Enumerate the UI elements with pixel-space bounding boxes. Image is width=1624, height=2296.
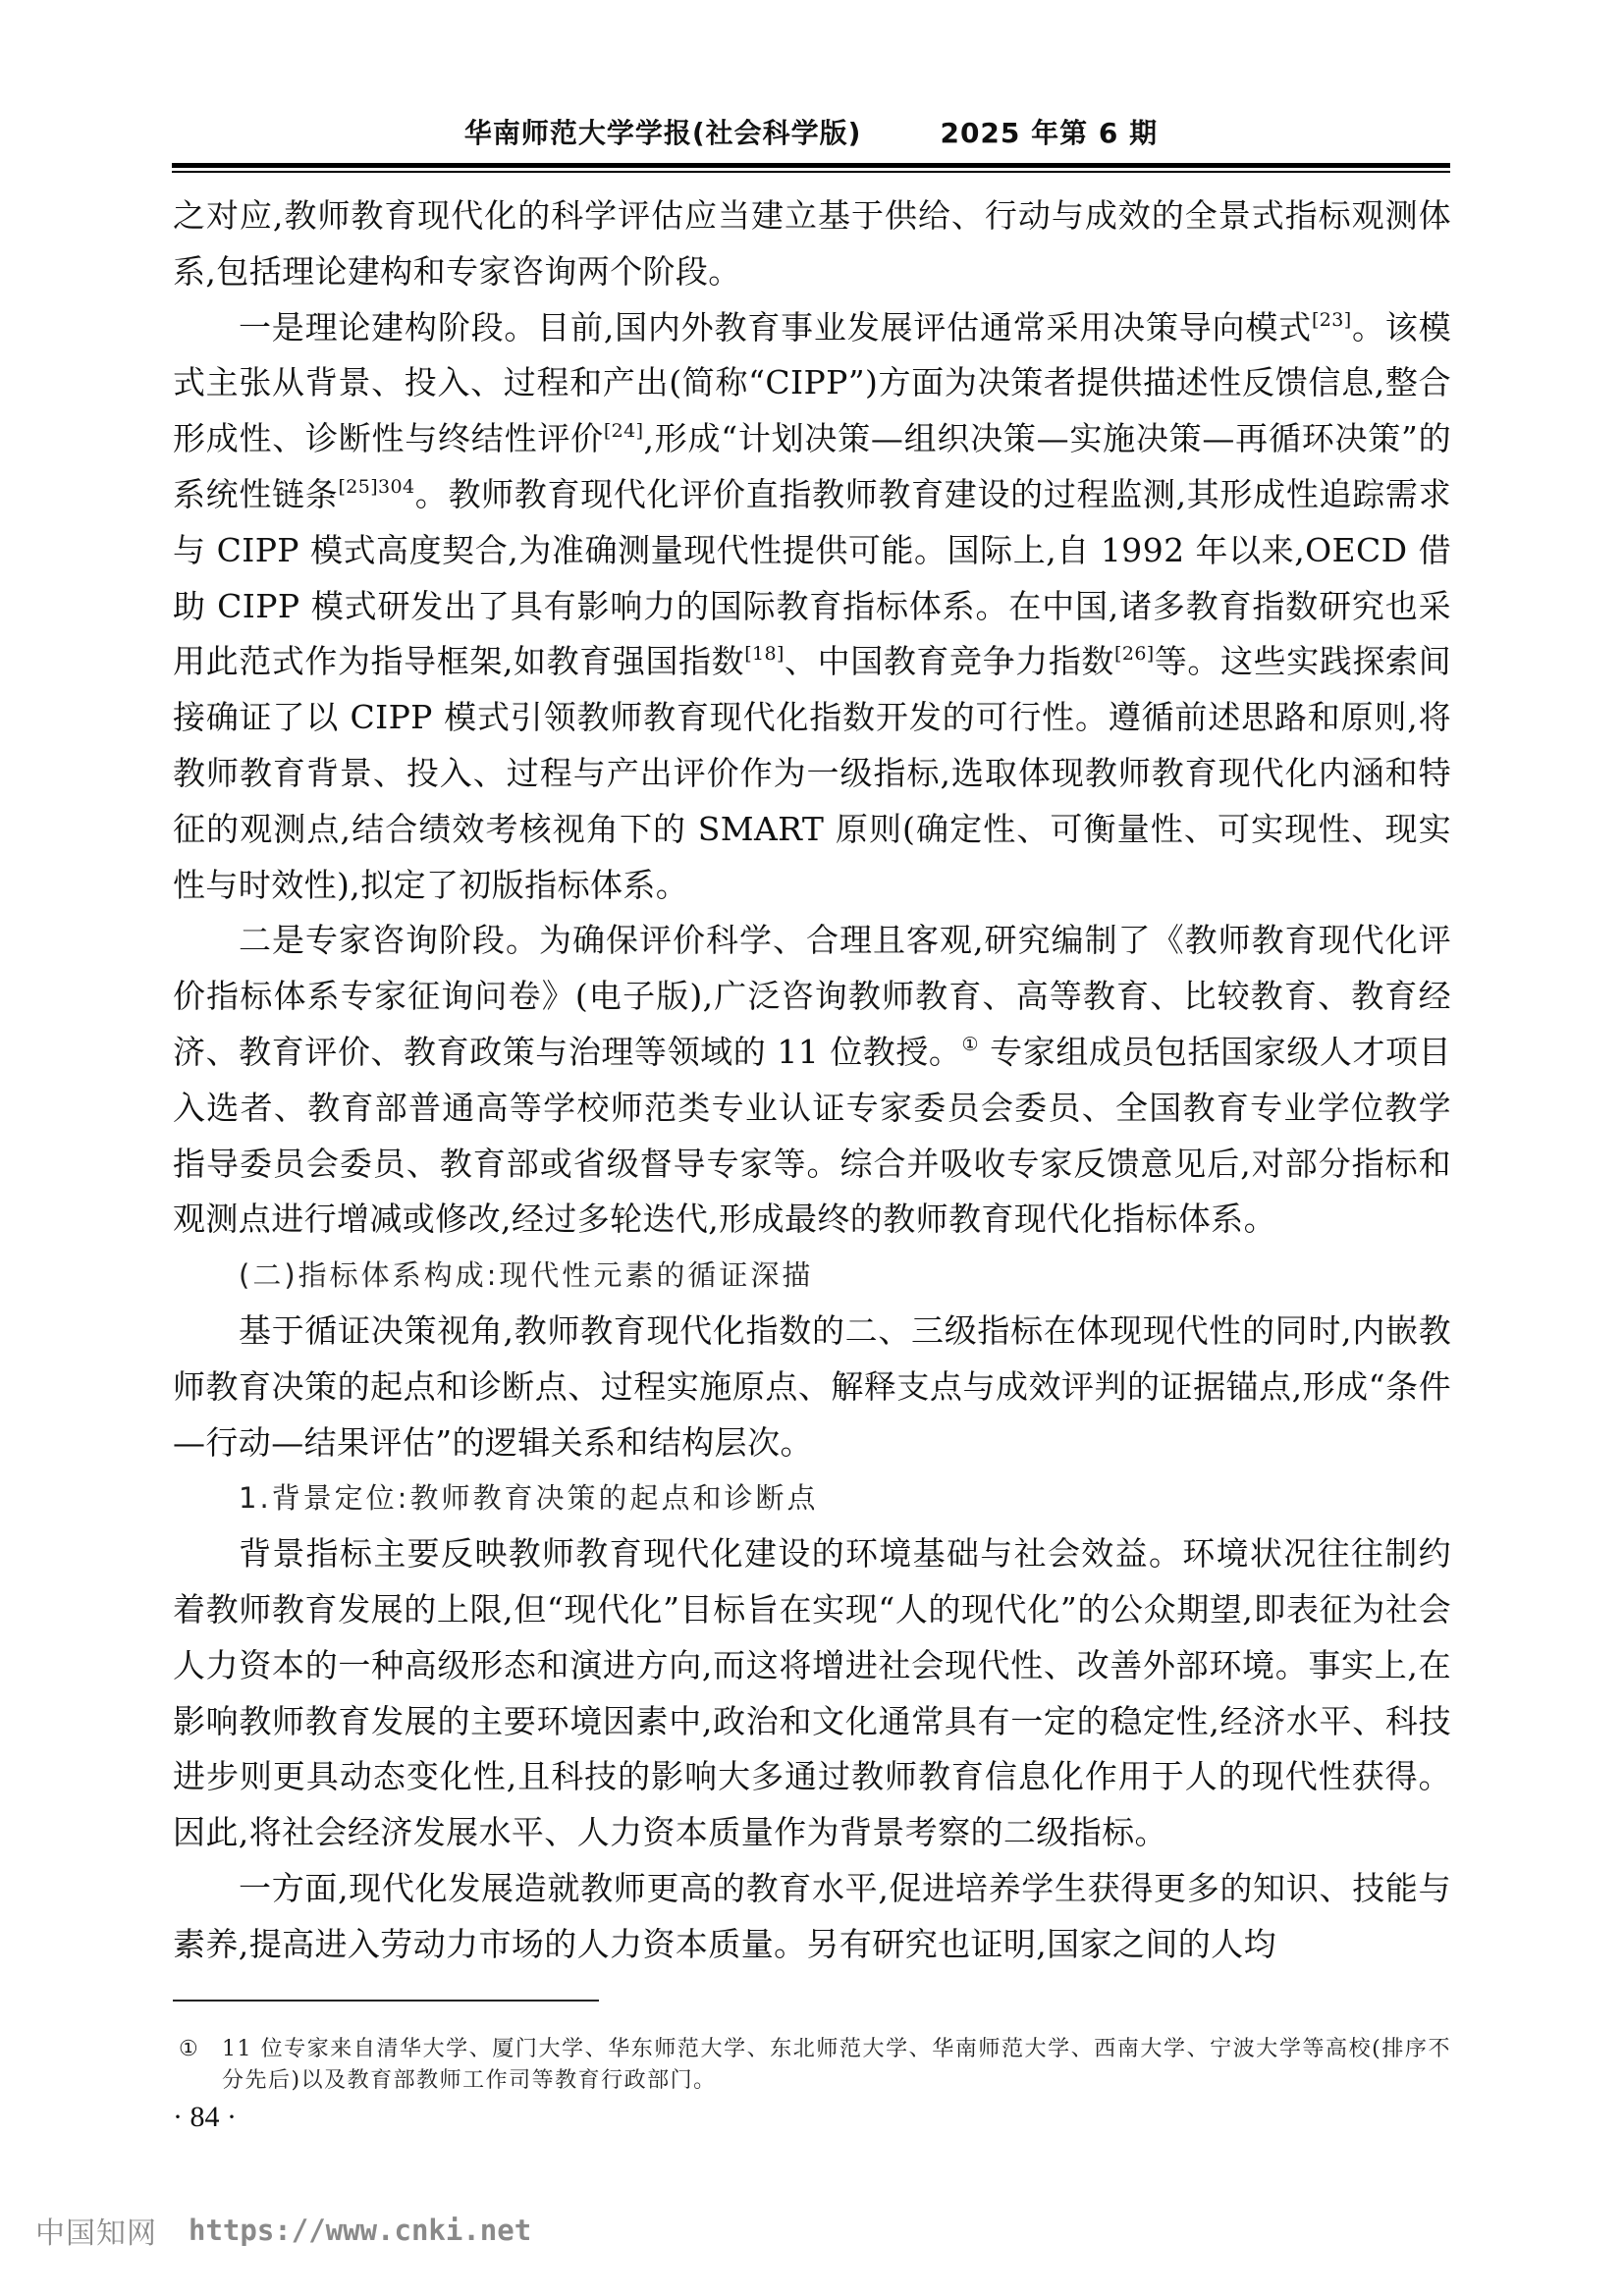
subsection-heading: 1.背景定位:教师教育决策的起点和诊断点 (173, 1470, 1451, 1526)
paragraph-theory-construction: 一是理论建构阶段。目前,国内外教育事业发展评估通常采用决策导向模式[23]。该模… (173, 300, 1451, 914)
footnote: ① 11 位专家来自清华大学、厦门大学、华东师范大学、东北师范大学、华南师范大学… (173, 2034, 1451, 2097)
footnote-mark: ① (173, 2034, 222, 2097)
header-rule-thick (172, 163, 1450, 168)
citation-ref[interactable]: [25]304 (338, 476, 414, 498)
journal-title: 华南师范大学学报(社会科学版) (464, 112, 862, 151)
citation-ref[interactable]: [18] (744, 643, 785, 665)
running-head: 华南师范大学学报(社会科学版) 2025 年第 6 期 (172, 110, 1450, 153)
issue-label: 2025 年第 6 期 (940, 112, 1158, 151)
header-rule-thin (172, 171, 1450, 173)
page-number: · 84 · (173, 2101, 237, 2134)
paragraph-evidence-based: 基于循证决策视角,教师教育现代化指数的二、三级指标在体现现代性的同时,内嵌教师教… (173, 1304, 1451, 1470)
paragraph-background-indicators: 背景指标主要反映教师教育现代化建设的环境基础与社会效益。环境状况往往制约着教师教… (173, 1526, 1451, 1861)
section-heading: (二)指标体系构成:现代性元素的循证深描 (173, 1248, 1451, 1304)
paragraph-continued: 之对应,教师教育现代化的科学评估应当建立基于供给、行动与成效的全景式指标观测体系… (173, 188, 1451, 300)
citation-ref[interactable]: [23] (1312, 309, 1352, 331)
citation-ref[interactable]: [26] (1114, 643, 1155, 665)
journal-page: 华南师范大学学报(社会科学版) 2025 年第 6 期 之对应,教师教育现代化的… (0, 0, 1624, 2296)
article-body: 之对应,教师教育现代化的科学评估应当建立基于供给、行动与成效的全景式指标观测体系… (173, 188, 1451, 1973)
citation-ref[interactable]: [24] (604, 420, 644, 442)
footnote-text: 11 位专家来自清华大学、厦门大学、华东师范大学、东北师范大学、华南师范大学、西… (222, 2034, 1451, 2097)
paragraph-expert-consultation: 二是专家咨询阶段。为确保评价科学、合理且客观,研究编制了《教师教育现代化评价指标… (173, 913, 1451, 1248)
paragraph-human-capital: 一方面,现代化发展造就教师更高的教育水平,促进培养学生获得更多的知识、技能与素养… (173, 1861, 1451, 1973)
footnote-rule (173, 2000, 599, 2002)
watermark-url[interactable]: https://www.cnki.net (189, 2214, 531, 2247)
cnki-watermark: 中国知网 https://www.cnki.net (35, 2209, 531, 2252)
watermark-name: 中国知网 (35, 2209, 157, 2252)
footnote-ref[interactable]: ① (962, 1034, 980, 1055)
